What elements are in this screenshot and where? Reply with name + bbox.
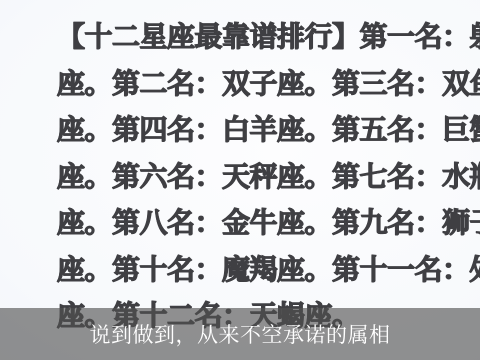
ranking-text-line-2: 座。第二名：双子座。第三名：双鱼 xyxy=(57,61,478,108)
ranking-text-line-3: 座。第四名：白羊座。第五名：巨蟹 xyxy=(57,107,478,154)
ranking-text-line-5: 座。第八名：金牛座。第九名：狮子 xyxy=(57,200,478,247)
subtitle-bar: 说到做到，从来不空承诺的属相 xyxy=(0,308,480,360)
meme-image-frame: 【十二星座最靠谱排行】第一名：射手 座。第二名：双子座。第三名：双鱼 座。第四名… xyxy=(0,0,480,360)
zodiac-ranking-text: 【十二星座最靠谱排行】第一名：射手 座。第二名：双子座。第三名：双鱼 座。第四名… xyxy=(57,14,478,340)
ranking-text-line-6: 座。第十名：魔羯座。第十一名：处女 xyxy=(57,247,478,294)
subtitle-text: 说到做到，从来不空承诺的属相 xyxy=(90,319,391,349)
ranking-text-line-4: 座。第六名：天秤座。第七名：水瓶 xyxy=(57,154,478,201)
ranking-text-line-1: 【十二星座最靠谱排行】第一名：射手 xyxy=(57,14,478,61)
